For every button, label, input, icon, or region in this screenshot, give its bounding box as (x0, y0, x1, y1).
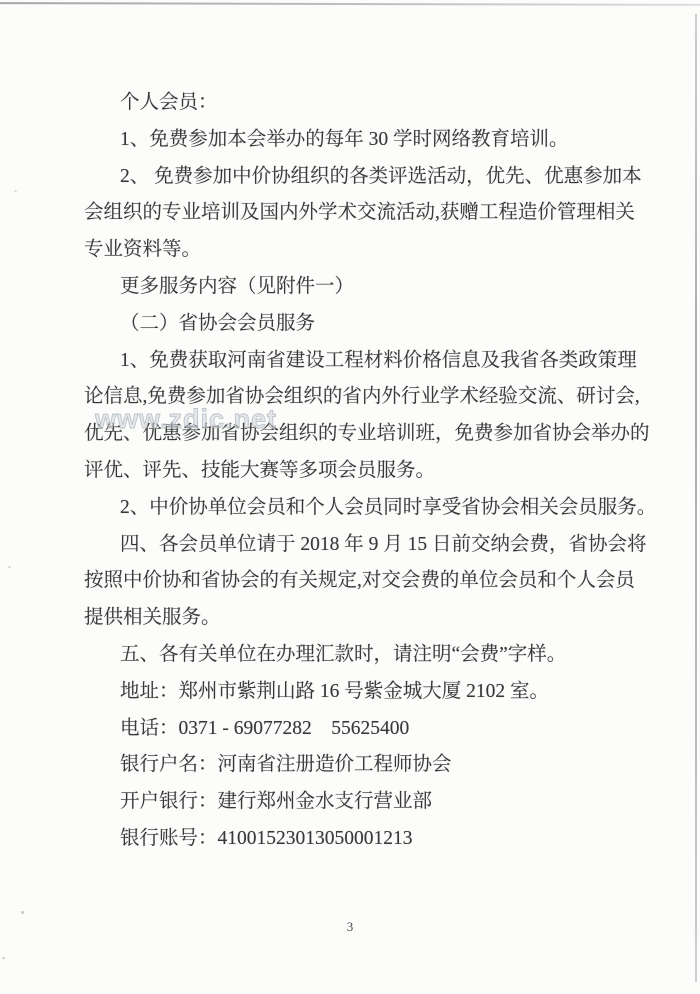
scan-noise-speck (8, 566, 11, 568)
document-line: 按照中价协和省协会的有关规定,对交会费的单位会员和个人会员 (84, 563, 626, 600)
document-line: 1、免费参加本会举办的每年 30 学时网络教育培训。 (84, 122, 626, 159)
document-line: 评优、评先、技能大赛等多项会员服务。 (84, 453, 626, 490)
document-line: 个人会员： (84, 85, 626, 122)
document-line: 更多服务内容（见附件一） (84, 269, 626, 306)
document-line: 银行账号：41001523013050001213 (84, 821, 626, 858)
document-line: 论信息,免费参加省协会组织的省内外行业学术经验交流、研讨会, (84, 379, 626, 416)
scanned-page: 个人会员： 1、免费参加本会举办的每年 30 学时网络教育培训。 2、 免费参加… (0, 0, 700, 994)
document-line: 优先、优惠参加省协会组织的专业培训班，免费参加省协会举办的 (84, 416, 626, 453)
document-line: 开户银行：建行郑州金水支行营业部 (84, 784, 626, 821)
document-line: 专业资料等。 (84, 232, 626, 269)
scan-noise-speck (2, 957, 5, 959)
document-line: 会组织的专业培训及国内外学术交流活动,获赠工程造价管理相关 (84, 195, 626, 232)
document-line: 2、中价协单位会员和个人会员同时享受省协会相关会员服务。 (84, 490, 626, 527)
document-line: 提供相关服务。 (84, 600, 626, 637)
scan-noise-speck (14, 190, 17, 192)
scan-edge-top (0, 2, 700, 6)
scan-noise-speck (21, 911, 24, 914)
document-line: 2、 免费参加中价协组织的各类评选活动，优先、优惠参加本 (84, 159, 626, 196)
document-line: 银行户名：河南省注册造价工程师协会 (84, 747, 626, 784)
scan-edge-right (695, 14, 697, 982)
document-line: 1、免费获取河南省建设工程材料价格信息及我省各类政策理 (84, 343, 626, 380)
document-line: 电话：0371 - 69077282 55625400 (84, 711, 626, 748)
document-line: 地址：郑州市紫荆山路 16 号紫金城大厦 2102 室。 (84, 674, 626, 711)
document-body: 个人会员： 1、免费参加本会举办的每年 30 学时网络教育培训。 2、 免费参加… (84, 85, 626, 858)
document-line: 四、各会员单位请于 2018 年 9 月 15 日前交纳会费，省协会将 (84, 527, 626, 564)
document-line: 五、各有关单位在办理汇款时，请注明“会费”字样。 (84, 637, 626, 674)
document-line: （二）省协会会员服务 (84, 306, 626, 343)
page-number: 3 (0, 919, 700, 935)
